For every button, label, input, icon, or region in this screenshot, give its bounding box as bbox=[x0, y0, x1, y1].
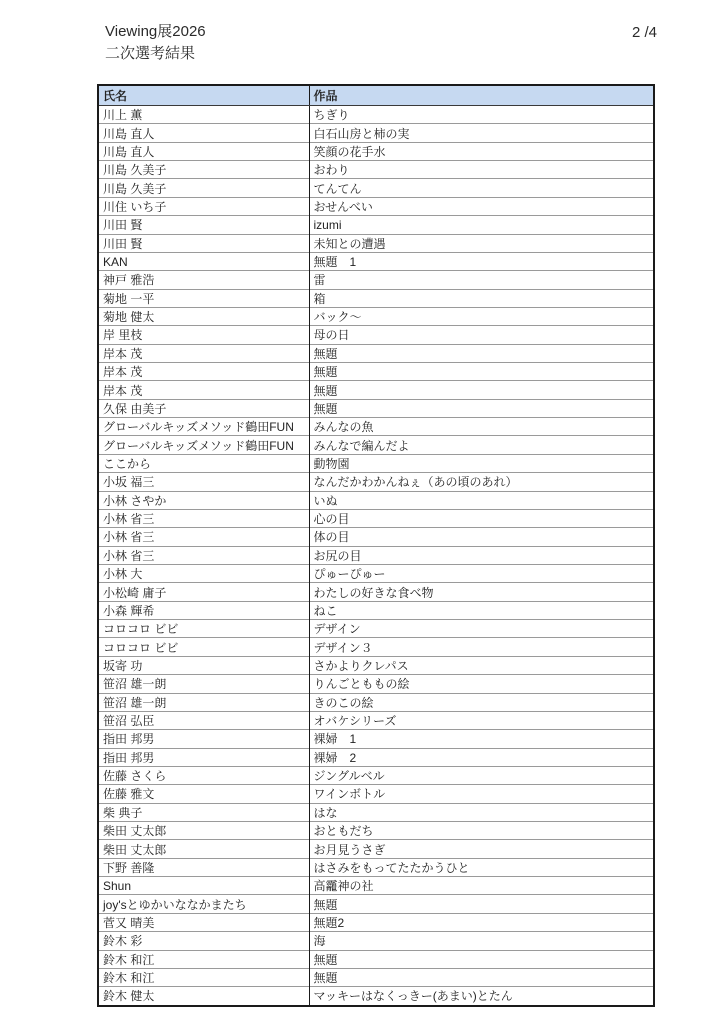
work-cell: 未知との遭遇 bbox=[309, 234, 654, 252]
table-row: joy'sとゆかいななかまたち 無題 bbox=[98, 895, 654, 913]
work-cell: 裸婦 1 bbox=[309, 730, 654, 748]
table-row: 小林 省三 体の目 bbox=[98, 528, 654, 546]
table-row: 川島 久美子 てんてん bbox=[98, 179, 654, 197]
table-row: KAN 無題 1 bbox=[98, 252, 654, 270]
work-cell: きのこの絵 bbox=[309, 693, 654, 711]
work-cell: 無題 1 bbox=[309, 252, 654, 270]
name-cell: Shun bbox=[98, 877, 309, 895]
work-cell: デザイン３ bbox=[309, 638, 654, 656]
work-cell: オバケシリーズ bbox=[309, 711, 654, 729]
name-cell: コロコロ ビビ bbox=[98, 620, 309, 638]
document-page: { "page": { "title": "Viewing展2026", "su… bbox=[0, 0, 724, 1024]
table-row: 佐藤 さくら ジングルベル bbox=[98, 766, 654, 784]
work-cell: さかよりクレパス bbox=[309, 656, 654, 674]
work-cell: ジングルベル bbox=[309, 766, 654, 784]
work-cell: みんなの魚 bbox=[309, 418, 654, 436]
work-cell: 笑顔の花手水 bbox=[309, 142, 654, 160]
table-row: Shun 高龗神の社 bbox=[98, 877, 654, 895]
table-row: 柴 典子 はな bbox=[98, 803, 654, 821]
name-cell: 下野 善隆 bbox=[98, 858, 309, 876]
work-cell: おせんべい bbox=[309, 197, 654, 215]
name-cell: 久保 由美子 bbox=[98, 399, 309, 417]
name-cell: 坂寄 功 bbox=[98, 656, 309, 674]
name-cell: 川島 久美子 bbox=[98, 179, 309, 197]
work-cell: 母の日 bbox=[309, 326, 654, 344]
name-cell: 柴田 丈太郎 bbox=[98, 840, 309, 858]
name-cell: 小林 省三 bbox=[98, 528, 309, 546]
table-row: グローバルキッズメソッド鶴田FUN みんなで編んだよ bbox=[98, 436, 654, 454]
name-cell: ここから bbox=[98, 454, 309, 472]
work-cell: わたしの好きな食べ物 bbox=[309, 583, 654, 601]
name-cell: 笹沼 雄一朗 bbox=[98, 675, 309, 693]
work-cell: 無題2 bbox=[309, 913, 654, 931]
document-header: Viewing展2026 二次選考結果 bbox=[105, 21, 206, 65]
name-cell: 神戸 雅浩 bbox=[98, 271, 309, 289]
name-cell: 菊地 一平 bbox=[98, 289, 309, 307]
name-cell: 岸本 茂 bbox=[98, 363, 309, 381]
work-cell: バック～ bbox=[309, 307, 654, 325]
work-cell: 心の目 bbox=[309, 509, 654, 527]
work-cell: 箱 bbox=[309, 289, 654, 307]
work-cell: 白石山房と柿の実 bbox=[309, 124, 654, 142]
name-cell: 鈴木 和江 bbox=[98, 968, 309, 986]
name-cell: 川田 賢 bbox=[98, 216, 309, 234]
table-row: 坂寄 功 さかよりクレパス bbox=[98, 656, 654, 674]
work-cell: 無題 bbox=[309, 399, 654, 417]
work-cell: おわり bbox=[309, 161, 654, 179]
work-cell: みんなで編んだよ bbox=[309, 436, 654, 454]
results-table-container: 氏名 作品 川上 薫 ちぎり 川島 直人 白石山房と柿の実 川島 直人 笑顔の花… bbox=[97, 84, 655, 1007]
name-cell: 小林 省三 bbox=[98, 509, 309, 527]
work-cell: いぬ bbox=[309, 491, 654, 509]
table-row: 小林 省三 お尻の目 bbox=[98, 546, 654, 564]
work-cell: izumi bbox=[309, 216, 654, 234]
name-cell: 鈴木 健太 bbox=[98, 987, 309, 1006]
work-cell: 無題 bbox=[309, 381, 654, 399]
table-row: 鈴木 健太 マッキーはなくっきー(あまい)とたん bbox=[98, 987, 654, 1006]
name-cell: 佐藤 雅文 bbox=[98, 785, 309, 803]
name-cell: 川住 いち子 bbox=[98, 197, 309, 215]
table-row: コロコロ ビビ デザイン bbox=[98, 620, 654, 638]
name-cell: 岸 里枝 bbox=[98, 326, 309, 344]
name-cell: コロコロ ビビ bbox=[98, 638, 309, 656]
name-cell: 鈴木 和江 bbox=[98, 950, 309, 968]
work-cell: はさみをもってたたかうひと bbox=[309, 858, 654, 876]
work-column-header: 作品 bbox=[309, 85, 654, 106]
table-row: グローバルキッズメソッド鶴田FUN みんなの魚 bbox=[98, 418, 654, 436]
name-cell: 鈴木 彩 bbox=[98, 932, 309, 950]
work-cell: 無題 bbox=[309, 344, 654, 362]
work-cell: 体の目 bbox=[309, 528, 654, 546]
table-row: 岸本 茂 無題 bbox=[98, 381, 654, 399]
table-row: 神戸 雅浩 雷 bbox=[98, 271, 654, 289]
work-cell: はな bbox=[309, 803, 654, 821]
work-cell: お月見うさぎ bbox=[309, 840, 654, 858]
work-cell: 無題 bbox=[309, 363, 654, 381]
table-row: 笹沼 弘臣 オバケシリーズ bbox=[98, 711, 654, 729]
table-row: 鈴木 和江 無題 bbox=[98, 950, 654, 968]
table-header-row: 氏名 作品 bbox=[98, 85, 654, 106]
table-row: 小坂 福三 なんだかわかんねぇ（あの頃のあれ） bbox=[98, 473, 654, 491]
name-cell: joy'sとゆかいななかまたち bbox=[98, 895, 309, 913]
table-row: 指田 邦男 裸婦 1 bbox=[98, 730, 654, 748]
table-row: 小林 省三 心の目 bbox=[98, 509, 654, 527]
work-cell: おともだち bbox=[309, 822, 654, 840]
work-cell: ねこ bbox=[309, 601, 654, 619]
work-cell: ぴゅーぴゅー bbox=[309, 564, 654, 582]
work-cell: 無題 bbox=[309, 950, 654, 968]
work-cell: りんごとももの絵 bbox=[309, 675, 654, 693]
work-cell: 無題 bbox=[309, 968, 654, 986]
table-row: 笹沼 雄一朗 りんごとももの絵 bbox=[98, 675, 654, 693]
table-row: 指田 邦男 裸婦 2 bbox=[98, 748, 654, 766]
name-cell: 柴田 丈太郎 bbox=[98, 822, 309, 840]
table-row: 小林 大 ぴゅーぴゅー bbox=[98, 564, 654, 582]
table-row: 小松崎 庸子 わたしの好きな食べ物 bbox=[98, 583, 654, 601]
name-cell: 川島 直人 bbox=[98, 142, 309, 160]
work-cell: デザイン bbox=[309, 620, 654, 638]
table-row: 川島 直人 白石山房と柿の実 bbox=[98, 124, 654, 142]
table-row: 菊地 健太 バック～ bbox=[98, 307, 654, 325]
table-row: 川島 久美子 おわり bbox=[98, 161, 654, 179]
name-cell: グローバルキッズメソッド鶴田FUN bbox=[98, 418, 309, 436]
name-cell: 指田 邦男 bbox=[98, 748, 309, 766]
table-row: 川島 直人 笑顔の花手水 bbox=[98, 142, 654, 160]
work-cell: 動物園 bbox=[309, 454, 654, 472]
name-cell: KAN bbox=[98, 252, 309, 270]
name-cell: 菊地 健太 bbox=[98, 307, 309, 325]
table-row: 菅又 晴美 無題2 bbox=[98, 913, 654, 931]
name-cell: 小森 輝希 bbox=[98, 601, 309, 619]
page-title: Viewing展2026 bbox=[105, 21, 206, 43]
name-cell: 川島 久美子 bbox=[98, 161, 309, 179]
name-cell: 岸本 茂 bbox=[98, 381, 309, 399]
work-cell: マッキーはなくっきー(あまい)とたん bbox=[309, 987, 654, 1006]
name-cell: 菅又 晴美 bbox=[98, 913, 309, 931]
table-row: コロコロ ビビ デザイン３ bbox=[98, 638, 654, 656]
table-row: 久保 由美子 無題 bbox=[98, 399, 654, 417]
name-cell: 小林 さやか bbox=[98, 491, 309, 509]
work-cell: なんだかわかんねぇ（あの頃のあれ） bbox=[309, 473, 654, 491]
table-row: 柴田 丈太郎 お月見うさぎ bbox=[98, 840, 654, 858]
page-number: 2 /4 bbox=[632, 24, 657, 41]
work-cell: 高龗神の社 bbox=[309, 877, 654, 895]
name-cell: グローバルキッズメソッド鶴田FUN bbox=[98, 436, 309, 454]
table-row: 下野 善隆 はさみをもってたたかうひと bbox=[98, 858, 654, 876]
name-cell: 川田 賢 bbox=[98, 234, 309, 252]
page-subtitle: 二次選考結果 bbox=[105, 43, 206, 65]
table-row: 菊地 一平 箱 bbox=[98, 289, 654, 307]
work-cell: 裸婦 2 bbox=[309, 748, 654, 766]
table-row: 川田 賢 izumi bbox=[98, 216, 654, 234]
table-row: 川住 いち子 おせんべい bbox=[98, 197, 654, 215]
work-cell: 海 bbox=[309, 932, 654, 950]
table-row: 小森 輝希 ねこ bbox=[98, 601, 654, 619]
name-cell: 笹沼 弘臣 bbox=[98, 711, 309, 729]
name-cell: 川上 薫 bbox=[98, 106, 309, 124]
table-row: 柴田 丈太郎 おともだち bbox=[98, 822, 654, 840]
name-column-header: 氏名 bbox=[98, 85, 309, 106]
table-row: 川田 賢 未知との遭遇 bbox=[98, 234, 654, 252]
name-cell: 小林 省三 bbox=[98, 546, 309, 564]
name-cell: 小林 大 bbox=[98, 564, 309, 582]
name-cell: 川島 直人 bbox=[98, 124, 309, 142]
table-row: 笹沼 雄一朗 きのこの絵 bbox=[98, 693, 654, 711]
work-cell: ワインボトル bbox=[309, 785, 654, 803]
name-cell: 小坂 福三 bbox=[98, 473, 309, 491]
name-cell: 佐藤 さくら bbox=[98, 766, 309, 784]
name-cell: 柴 典子 bbox=[98, 803, 309, 821]
name-cell: 小松崎 庸子 bbox=[98, 583, 309, 601]
results-table: 氏名 作品 川上 薫 ちぎり 川島 直人 白石山房と柿の実 川島 直人 笑顔の花… bbox=[97, 84, 655, 1007]
table-row: 岸 里枝 母の日 bbox=[98, 326, 654, 344]
table-row: 鈴木 彩 海 bbox=[98, 932, 654, 950]
table-row: 佐藤 雅文 ワインボトル bbox=[98, 785, 654, 803]
table-row: 鈴木 和江 無題 bbox=[98, 968, 654, 986]
table-row: ここから 動物園 bbox=[98, 454, 654, 472]
table-row: 岸本 茂 無題 bbox=[98, 363, 654, 381]
work-cell: 無題 bbox=[309, 895, 654, 913]
work-cell: 雷 bbox=[309, 271, 654, 289]
work-cell: てんてん bbox=[309, 179, 654, 197]
table-row: 川上 薫 ちぎり bbox=[98, 106, 654, 124]
work-cell: お尻の目 bbox=[309, 546, 654, 564]
table-row: 小林 さやか いぬ bbox=[98, 491, 654, 509]
work-cell: ちぎり bbox=[309, 106, 654, 124]
name-cell: 岸本 茂 bbox=[98, 344, 309, 362]
name-cell: 指田 邦男 bbox=[98, 730, 309, 748]
table-row: 岸本 茂 無題 bbox=[98, 344, 654, 362]
name-cell: 笹沼 雄一朗 bbox=[98, 693, 309, 711]
